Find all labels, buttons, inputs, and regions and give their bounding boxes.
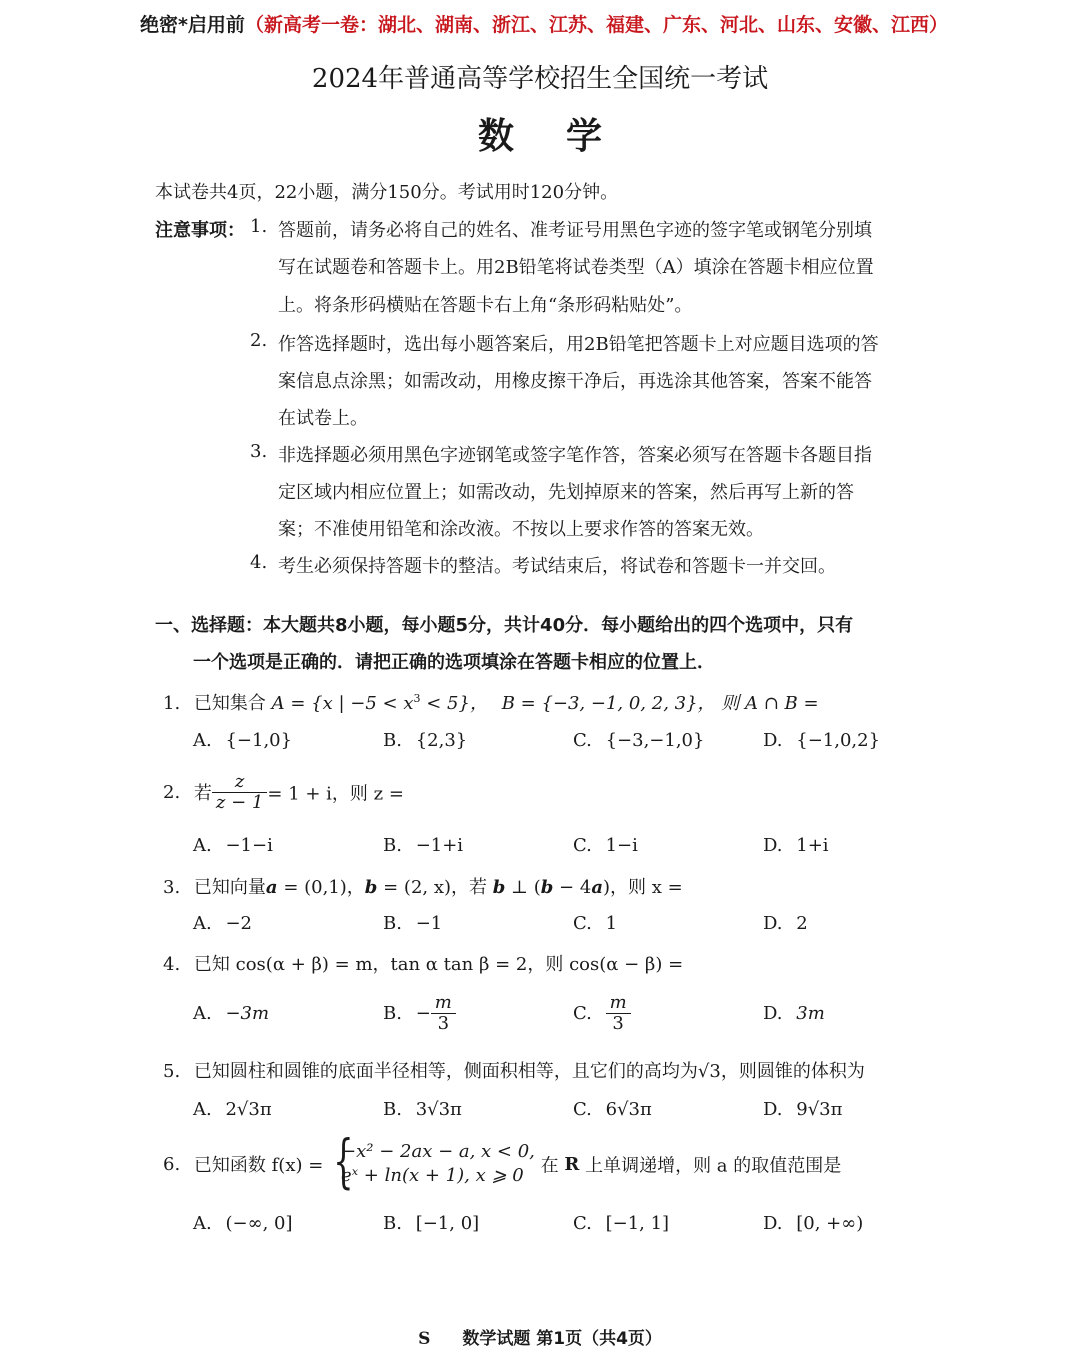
perp-symbol: ⊥ ( bbox=[505, 877, 540, 898]
option-text: −1 bbox=[416, 913, 443, 934]
question-6-ask: 上单调递增，则 a 的取值范围是 bbox=[579, 1155, 841, 1176]
question-2: 2. 若zz − 1= 1 + i，则 z = bbox=[163, 772, 404, 813]
q1-option-b: B. {2,3} bbox=[383, 730, 467, 751]
question-2-ask: = 1 + i，则 z = bbox=[267, 783, 404, 804]
q3-option-d: D. 2 bbox=[763, 913, 808, 934]
q2-option-d: D. 1+i bbox=[763, 835, 829, 856]
option-letter: A. bbox=[193, 1213, 212, 1234]
question-4: 4. 已知 cos(α + β) = m，tan α tan β = 2，则 c… bbox=[163, 950, 683, 976]
question-1: 1. 已知集合 A = {x | −5 < x3 < 5}， B = {−3, … bbox=[163, 689, 819, 715]
question-6-text: 已知函数 f(x) = bbox=[194, 1155, 323, 1176]
paper-mark: S bbox=[418, 1329, 430, 1349]
exponent: 3 bbox=[414, 692, 421, 705]
q1-option-d: D. {−1,0,2} bbox=[763, 730, 880, 751]
fraction-numerator: m bbox=[431, 993, 456, 1014]
vector-a: a bbox=[266, 877, 278, 898]
fraction-denominator: 3 bbox=[606, 1014, 631, 1034]
piecewise-case-1: −x² − 2ax − a, x < 0, bbox=[341, 1140, 535, 1164]
fraction: zz − 1 bbox=[212, 772, 267, 813]
q5-option-b: B. 3√3π bbox=[383, 1099, 462, 1120]
option-letter: B. bbox=[383, 913, 402, 934]
note-3-num: 3. bbox=[250, 441, 267, 462]
note-4-num: 4. bbox=[250, 552, 267, 573]
set-a-end: < 5}， bbox=[421, 693, 488, 714]
fraction-numerator: z bbox=[212, 772, 267, 793]
option-letter: D. bbox=[763, 1003, 783, 1024]
option-letter: D. bbox=[763, 730, 783, 751]
note-3-line-1: 非选择题必须用黑色字迹钢笔或签字笔作答，答案必须写在答题卡各题目指 bbox=[278, 441, 872, 467]
minus-term: − 4 bbox=[553, 877, 591, 898]
option-text: 2 bbox=[796, 913, 807, 934]
option-text: [−1, 1] bbox=[606, 1213, 669, 1234]
note-1-num: 1. bbox=[250, 216, 267, 237]
exam-title: 2024年普通高等学校招生全国统一考试 bbox=[0, 58, 1080, 95]
option-text: 9√3π bbox=[796, 1099, 842, 1120]
option-letter: C. bbox=[573, 730, 592, 751]
option-letter: D. bbox=[763, 835, 783, 856]
option-text: −3m bbox=[225, 1003, 269, 1024]
piecewise-case-2: eˣ + ln(x + 1), x ⩾ 0 bbox=[341, 1164, 535, 1188]
notes-label: 注意事项： bbox=[155, 220, 245, 241]
question-5: 5. 已知圆柱和圆锥的底面半径相等，侧面积相等，且它们的高均为√3，则圆锥的体积… bbox=[163, 1057, 865, 1083]
minus-sign: − bbox=[416, 1003, 431, 1024]
question-2-text: 若 bbox=[194, 783, 212, 804]
option-text: −2 bbox=[225, 913, 252, 934]
q4-option-a: A. −3m bbox=[193, 1003, 269, 1024]
fraction-denominator: 3 bbox=[431, 1014, 456, 1034]
question-number: 4. bbox=[163, 954, 180, 975]
option-text: {−3,−1,0} bbox=[606, 730, 705, 751]
q3-option-c: C. 1 bbox=[573, 913, 617, 934]
question-number: 3. bbox=[163, 877, 180, 898]
confidentiality-header: 绝密*启用前（新高考一卷：湖北、湖南、浙江、江苏、福建、广东、河北、山东、安徽、… bbox=[140, 10, 948, 37]
vector-b: b bbox=[493, 877, 506, 898]
question-6: 6. 已知函数 f(x) = −x² − 2ax − a, x < 0, eˣ … bbox=[163, 1140, 841, 1189]
option-text: 3m bbox=[796, 1003, 825, 1024]
note-2-line-1: 作答选择题时，选出每小题答案后，用2B铅笔把答题卡上对应题目选项的答 bbox=[278, 330, 879, 356]
vector-b: b bbox=[541, 877, 554, 898]
fraction-numerator: m bbox=[606, 993, 631, 1014]
subject-title: 数学 bbox=[0, 108, 1080, 159]
option-letter: D. bbox=[763, 1099, 783, 1120]
q4-option-b: B. −m3 bbox=[383, 993, 456, 1034]
vector-b: b bbox=[365, 877, 378, 898]
option-letter: A. bbox=[193, 1003, 212, 1024]
page-footer: S数学试题 第1页（共4页） bbox=[0, 1324, 1080, 1349]
option-text: [−1, 0] bbox=[416, 1213, 479, 1234]
vector-b-value: = (2, x)，若 bbox=[377, 877, 492, 898]
option-letter: B. bbox=[383, 1099, 402, 1120]
confidential-label: 绝密*启用前 bbox=[140, 14, 245, 36]
notes-block: 注意事项： bbox=[155, 216, 245, 242]
option-text: −1+i bbox=[416, 835, 463, 856]
option-text: [0, +∞) bbox=[796, 1213, 863, 1234]
q2-option-b: B. −1+i bbox=[383, 835, 463, 856]
note-4-line-1: 考生必须保持答题卡的整洁。考试结束后，将试卷和答题卡一并交回。 bbox=[278, 552, 836, 578]
note-1-line-3: 上。将条形码横贴在答题卡右上角“条形码粘贴处”。 bbox=[278, 291, 692, 317]
question-number: 2. bbox=[163, 782, 180, 803]
piecewise-function: −x² − 2ax − a, x < 0, eˣ + ln(x + 1), x … bbox=[329, 1140, 535, 1189]
option-text: (−∞, 0] bbox=[225, 1213, 292, 1234]
set-a: A = {x | −5 < x bbox=[272, 693, 414, 714]
note-3-line-2: 定区域内相应位置上；如需改动，先划掉原来的答案，然后再写上新的答 bbox=[278, 478, 854, 504]
option-letter: C. bbox=[573, 913, 592, 934]
fraction: m3 bbox=[431, 993, 456, 1034]
q5-option-c: C. 6√3π bbox=[573, 1099, 652, 1120]
vector-a-value: = (0,1)， bbox=[278, 877, 365, 898]
set-b: B = {−3, −1, 0, 2, 3}， bbox=[502, 693, 716, 714]
option-letter: D. bbox=[763, 1213, 783, 1234]
q4-option-c: C. m3 bbox=[573, 993, 631, 1034]
q6-option-d: D. [0, +∞) bbox=[763, 1213, 863, 1234]
option-text: 2√3π bbox=[225, 1099, 271, 1120]
option-letter: A. bbox=[193, 730, 212, 751]
note-1-line-2: 写在试题卷和答题卡上。用2B铅笔将试卷类型（A）填涂在答题卡相应位置 bbox=[278, 253, 874, 279]
option-letter: C. bbox=[573, 1003, 592, 1024]
section-1-heading-line-2: 一个选项是正确的．请把正确的选项填涂在答题卡相应的位置上． bbox=[193, 648, 715, 674]
q3-option-a: A. −2 bbox=[193, 913, 252, 934]
option-letter: A. bbox=[193, 1099, 212, 1120]
question-1-ask: 则 A ∩ B = bbox=[721, 693, 818, 714]
q5-option-a: A. 2√3π bbox=[193, 1099, 272, 1120]
q5-option-d: D. 9√3π bbox=[763, 1099, 842, 1120]
option-letter: B. bbox=[383, 730, 402, 751]
option-letter: C. bbox=[573, 1213, 592, 1234]
q1-option-c: C. {−3,−1,0} bbox=[573, 730, 704, 751]
option-letter: A. bbox=[193, 835, 212, 856]
option-letter: B. bbox=[383, 1003, 402, 1024]
exam-intro: 本试卷共4页，22小题，满分150分。考试用时120分钟。 bbox=[155, 178, 618, 204]
real-numbers-symbol: R bbox=[564, 1154, 579, 1175]
option-text: 1 bbox=[606, 913, 617, 934]
option-letter: C. bbox=[573, 1099, 592, 1120]
note-2-line-2: 案信息点涂黑；如需改动，用橡皮擦干净后，再选涂其他答案，答案不能答 bbox=[278, 367, 872, 393]
question-5-text: 已知圆柱和圆锥的底面半径相等，侧面积相等，且它们的高均为√3，则圆锥的体积为 bbox=[194, 1061, 865, 1082]
option-text: 6√3π bbox=[606, 1099, 652, 1120]
option-text: 3√3π bbox=[416, 1099, 462, 1120]
question-3-text: 已知向量 bbox=[194, 877, 266, 898]
q4-option-d: D. 3m bbox=[763, 1003, 825, 1024]
vector-a: a bbox=[591, 877, 603, 898]
q2-option-c: C. 1−i bbox=[573, 835, 638, 856]
note-2-line-3: 在试卷上。 bbox=[278, 404, 368, 430]
question-number: 1. bbox=[163, 693, 180, 714]
fraction: m3 bbox=[606, 993, 631, 1034]
option-text: {2,3} bbox=[416, 730, 468, 751]
note-1-line-1: 答题前，请务必将自己的姓名、准考证号用黑色字迹的签字笔或钢笔分别填 bbox=[278, 216, 872, 242]
option-text: {−1,0} bbox=[225, 730, 292, 751]
q1-option-a: A. {−1,0} bbox=[193, 730, 292, 751]
section-1-heading: 一、选择题：本大题共8小题，每小题5分，共计40分．每小题给出的四个选项中，只有 bbox=[155, 611, 853, 637]
question-1-text: 已知集合 bbox=[194, 693, 272, 714]
regions-label: （新高考一卷：湖北、湖南、浙江、江苏、福建、广东、河北、山东、安徽、江西） bbox=[245, 14, 948, 36]
option-letter: B. bbox=[383, 835, 402, 856]
option-letter: B. bbox=[383, 1213, 402, 1234]
option-letter: A. bbox=[193, 913, 212, 934]
q6-option-b: B. [−1, 0] bbox=[383, 1213, 479, 1234]
q6-option-a: A. (−∞, 0] bbox=[193, 1213, 293, 1234]
q6-option-c: C. [−1, 1] bbox=[573, 1213, 669, 1234]
option-text: 1+i bbox=[796, 835, 828, 856]
note-2-num: 2. bbox=[250, 330, 267, 351]
q3-option-b: B. −1 bbox=[383, 913, 442, 934]
option-text: −1−i bbox=[225, 835, 272, 856]
question-3: 3. 已知向量a = (0,1)，b = (2, x)，若 b ⊥ (b − 4… bbox=[163, 873, 683, 899]
fraction-denominator: z − 1 bbox=[212, 793, 267, 813]
question-6-mid: 在 bbox=[541, 1155, 565, 1176]
question-3-ask: )，则 x = bbox=[603, 877, 683, 898]
note-3-line-3: 案；不准使用铅笔和涂改液。不按以上要求作答的答案无效。 bbox=[278, 515, 764, 541]
q2-option-a: A. −1−i bbox=[193, 835, 273, 856]
page-number-label: 数学试题 第1页（共4页） bbox=[462, 1329, 662, 1349]
option-text: {−1,0,2} bbox=[796, 730, 880, 751]
question-4-text: 已知 cos(α + β) = m，tan α tan β = 2，则 cos(… bbox=[194, 954, 683, 975]
option-letter: C. bbox=[573, 835, 592, 856]
question-number: 5. bbox=[163, 1061, 180, 1082]
question-number: 6. bbox=[163, 1154, 180, 1175]
option-text: 1−i bbox=[606, 835, 638, 856]
option-letter: D. bbox=[763, 913, 783, 934]
